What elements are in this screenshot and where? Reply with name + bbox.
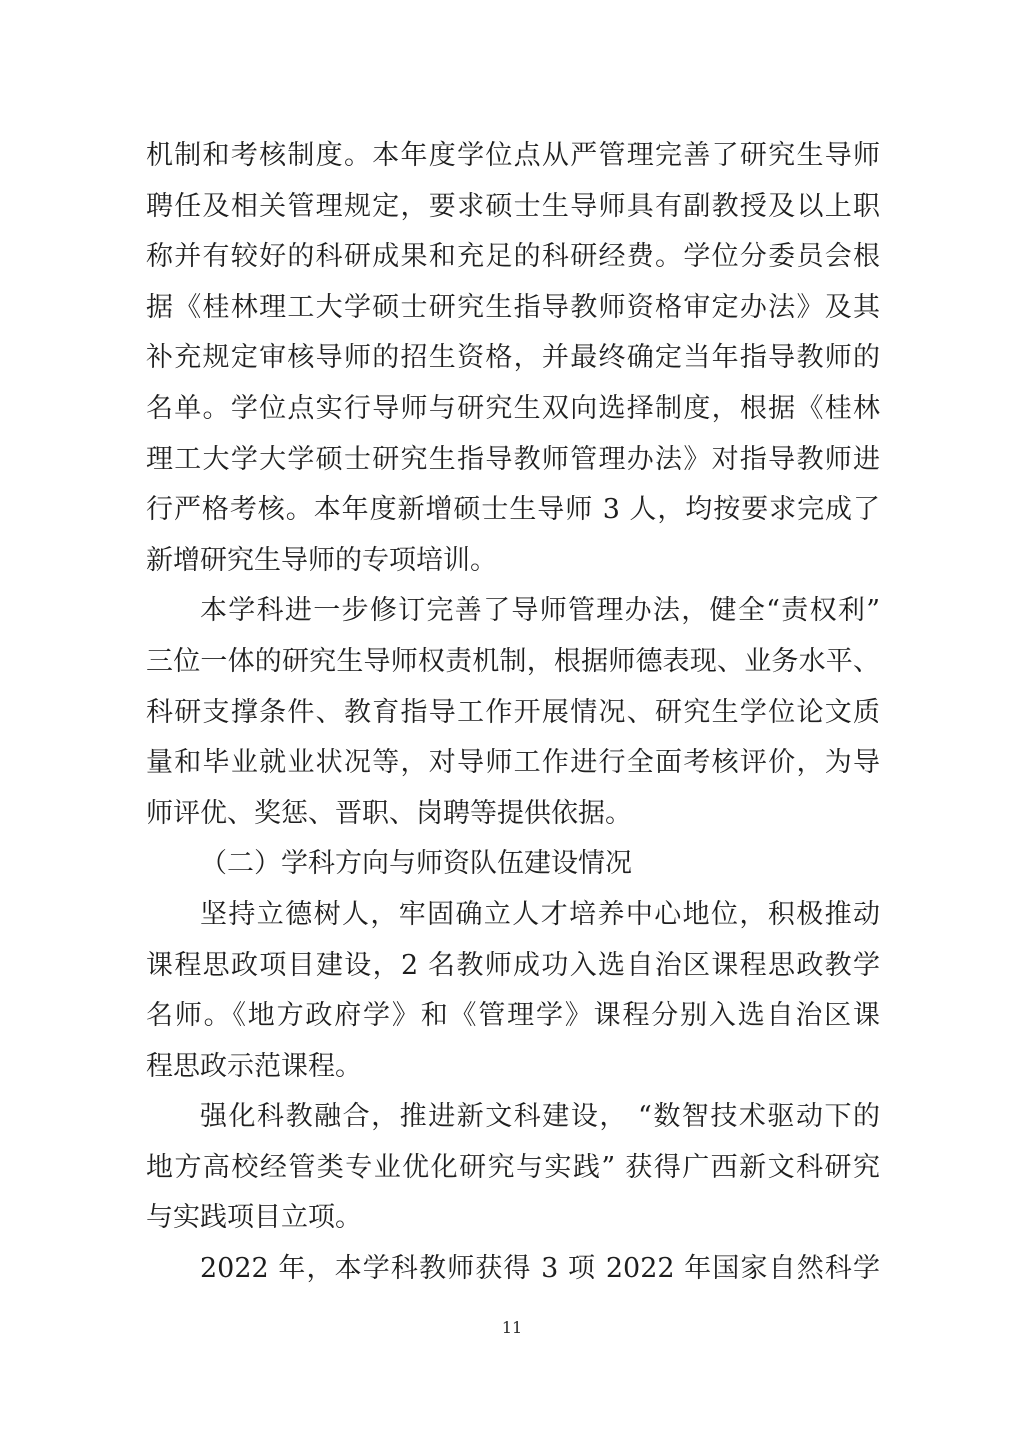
text-line: 机制和考核制度。本年度学位点从严管理完善了研究生导师 xyxy=(146,131,880,182)
text-line: 新增研究生导师的专项培训。 xyxy=(146,536,880,587)
text-line: 名师。《地方政府学》和《管理学》课程分别入选自治区课 xyxy=(146,991,880,1042)
section-heading: （二）学科方向与师资队伍建设情况 xyxy=(146,839,880,890)
text-line: 程思政示范课程。 xyxy=(146,1042,880,1093)
page-number: 11 xyxy=(0,1316,1024,1340)
text-line: 强化科教融合，推进新文科建设， “数智技术驱动下的 xyxy=(146,1092,880,1143)
text-line: 三位一体的研究生导师权责机制，根据师德表现、业务水平、 xyxy=(146,637,880,688)
text-line: 据《桂林理工大学硕士研究生指导教师资格审定办法》及其 xyxy=(146,283,880,334)
text-line: 名单。学位点实行导师与研究生双向选择制度，根据《桂林 xyxy=(146,384,880,435)
document-page: 机制和考核制度。本年度学位点从严管理完善了研究生导师 聘任及相关管理规定，要求硕… xyxy=(0,0,1024,1448)
text-line: 坚持立德树人，牢固确立人才培养中心地位，积极推动 xyxy=(146,890,880,941)
text-line: 科研支撑条件、教育指导工作开展情况、研究生学位论文质 xyxy=(146,688,880,739)
document-body: 机制和考核制度。本年度学位点从严管理完善了研究生导师 聘任及相关管理规定，要求硕… xyxy=(146,131,880,1295)
text-line: 补充规定审核导师的招生资格，并最终确定当年指导教师的 xyxy=(146,333,880,384)
text-line: 量和毕业就业状况等，对导师工作进行全面考核评价，为导 xyxy=(146,738,880,789)
text-line: 本学科进一步修订完善了导师管理办法，健全“责权利” xyxy=(146,586,880,637)
text-line: 理工大学大学硕士研究生指导教师管理办法》对指导教师进 xyxy=(146,435,880,486)
text-line: 师评优、奖惩、晋职、岗聘等提供依据。 xyxy=(146,789,880,840)
text-line: 2022 年，本学科教师获得 3 项 2022 年国家自然科学基 xyxy=(146,1244,880,1295)
text-line: 课程思政项目建设，2 名教师成功入选自治区课程思政教学 xyxy=(146,941,880,992)
text-line: 称并有较好的科研成果和充足的科研经费。学位分委员会根 xyxy=(146,232,880,283)
text-line: 行严格考核。本年度新增硕士生导师 3 人，均按要求完成了 xyxy=(146,485,880,536)
text-line: 地方高校经管类专业优化研究与实践” 获得广西新文科研究 xyxy=(146,1143,880,1194)
text-line: 与实践项目立项。 xyxy=(146,1193,880,1244)
text-line: 聘任及相关管理规定，要求硕士生导师具有副教授及以上职 xyxy=(146,182,880,233)
